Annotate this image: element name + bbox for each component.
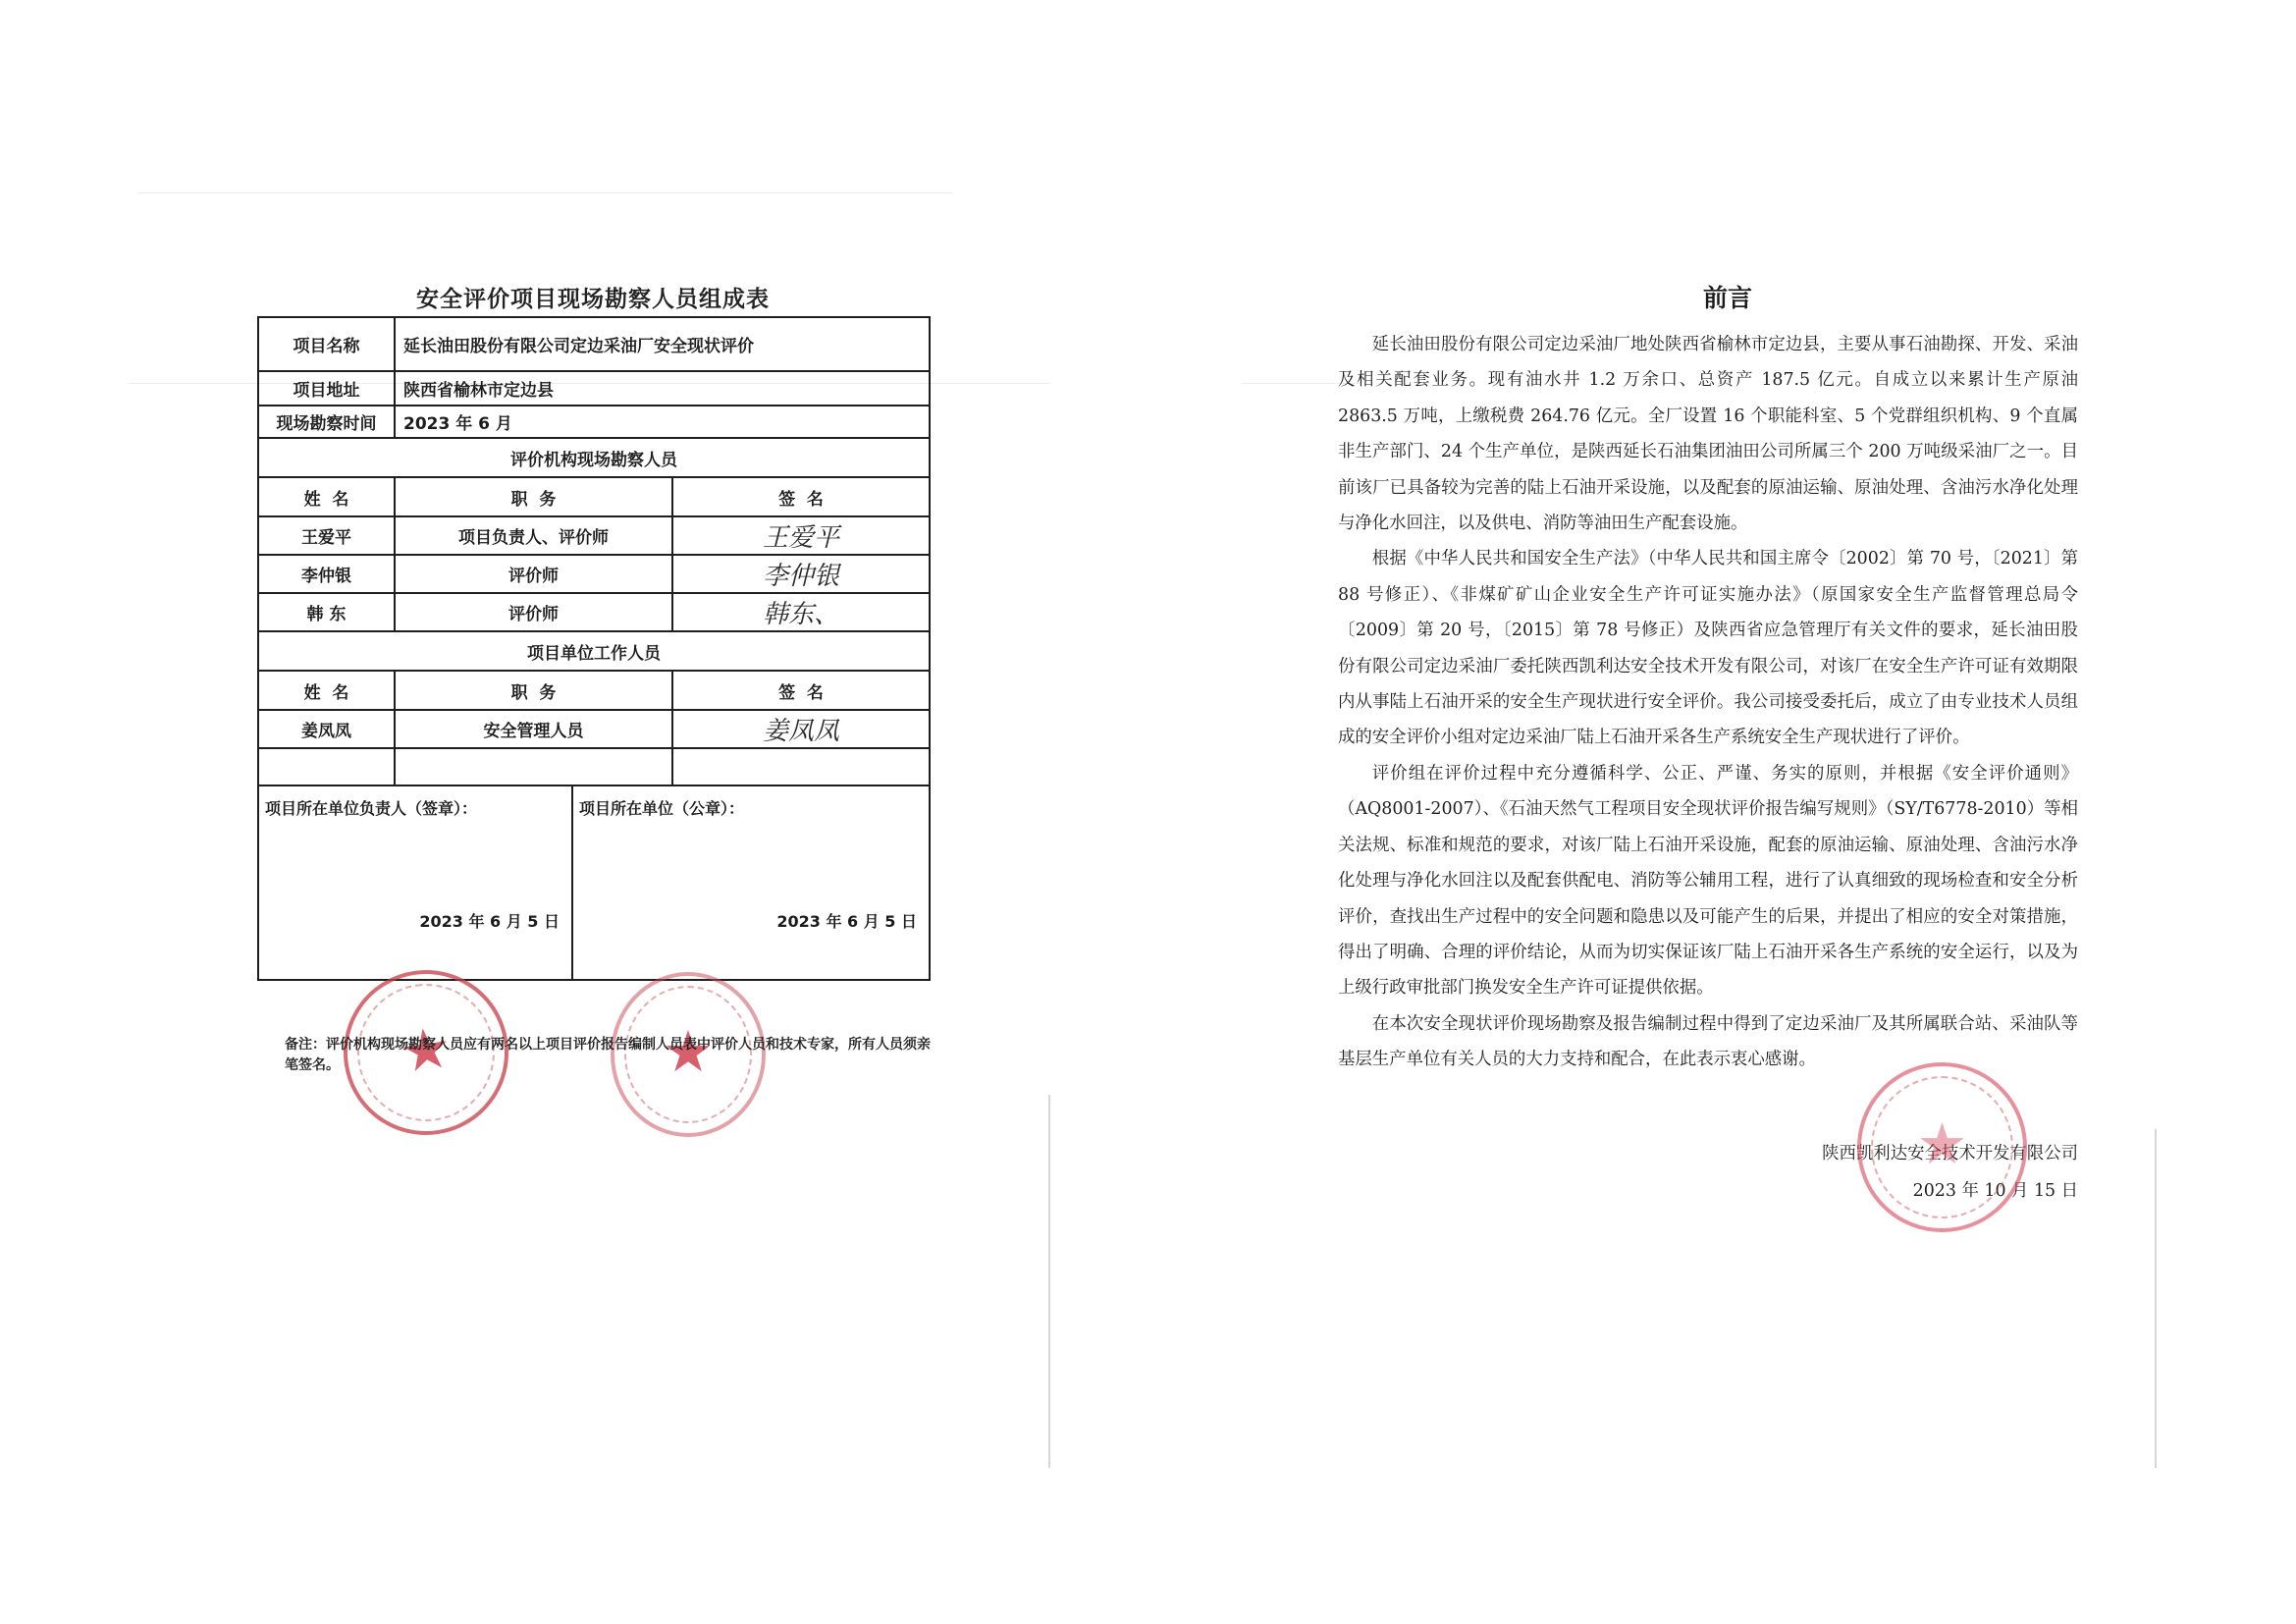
preface-paragraph: 评价组在评价过程中充分遵循科学、公正、严谨、务实的原则，并根据《安全评价通则》（… (1338, 756, 2078, 1006)
header-signature: 签 名 (672, 477, 930, 516)
person-role: 安全管理人员 (395, 710, 672, 748)
header-name: 姓 名 (258, 477, 395, 516)
header-role: 职 务 (395, 477, 672, 516)
unit-section-title: 项目单位工作人员 (258, 631, 930, 671)
preface-body: 延长油田股份有限公司定边采油厂地处陕西省榆林市定边县，主要从事石油勘探、开发、采… (1338, 327, 2078, 1078)
person-name: 王爱平 (258, 516, 395, 555)
project-name-value: 延长油田股份有限公司定边采油厂安全现状评价 (395, 317, 930, 371)
scan-artifact-line (137, 192, 952, 193)
handwritten-signature: 李仲银 (672, 555, 930, 593)
unit-header-row: 姓 名 职 务 签 名 (258, 671, 930, 710)
table-row: 姜凤凤 安全管理人员 姜凤凤 (258, 710, 930, 748)
person-name: 李仲银 (258, 555, 395, 593)
table-row: 王爱平 项目负责人、评价师 王爱平 (258, 516, 930, 555)
preface-paragraph: 在本次安全现状评价现场勘察及报告编制过程中得到了定边采油厂及其所属联合站、采油队… (1338, 1006, 2078, 1078)
unit-leader-sign-label: 项目所在单位负责人（签章）： (265, 799, 477, 818)
project-name-row: 项目名称 延长油田股份有限公司定边采油厂安全现状评价 (258, 317, 930, 371)
table-row-empty (258, 748, 930, 785)
form-title: 安全评价项目现场勘察人员组成表 (257, 281, 929, 313)
page-edge-right (2155, 1129, 2157, 1468)
personnel-table: 项目名称 延长油田股份有限公司定边采油厂安全现状评价 项目地址 陕西省榆林市定边… (257, 316, 931, 981)
unit-leader-sign-cell: 项目所在单位负责人（签章）： 2023 年 6 月 5 日 (259, 786, 573, 979)
handwritten-signature (672, 748, 930, 785)
header-role: 职 务 (395, 671, 672, 710)
person-name: 韩 东 (258, 593, 395, 631)
person-name (258, 748, 395, 785)
preface-paragraph: 延长油田股份有限公司定边采油厂地处陕西省榆林市定边县，主要从事石油勘探、开发、采… (1338, 327, 2078, 541)
evaluator-header-row: 姓 名 职 务 签 名 (258, 477, 930, 516)
company-name: 陕西凯利达安全技术开发有限公司 (1685, 1139, 2078, 1164)
project-address-row: 项目地址 陕西省榆林市定边县 (258, 371, 930, 406)
preface-paragraph: 根据《中华人民共和国安全生产法》（中华人民共和国主席令〔2002〕第 70 号，… (1338, 541, 2078, 755)
unit-section-row: 项目单位工作人员 (258, 631, 930, 671)
unit-seal-date: 2023 年 6 月 5 日 (776, 909, 917, 932)
person-name: 姜凤凤 (258, 710, 395, 748)
person-role: 评价师 (395, 555, 672, 593)
survey-time-label: 现场勘察时间 (258, 406, 395, 438)
handwritten-signature: 王爱平 (672, 516, 930, 555)
table-row: 李仲银 评价师 李仲银 (258, 555, 930, 593)
person-role (395, 748, 672, 785)
preface-title: 前言 (1355, 279, 2101, 314)
project-address-label: 项目地址 (258, 371, 395, 406)
person-role: 评价师 (395, 593, 672, 631)
project-address-value: 陕西省榆林市定边县 (395, 371, 930, 406)
header-name: 姓 名 (258, 671, 395, 710)
preface-date: 2023 年 10 月 15 日 (1685, 1176, 2078, 1201)
unit-seal-cell: 项目所在单位（公章）： 2023 年 6 月 5 日 (573, 786, 929, 979)
person-role: 项目负责人、评价师 (395, 516, 672, 555)
sign-block-row: 项目所在单位负责人（签章）： 2023 年 6 月 5 日 项目所在单位（公章）… (258, 785, 930, 980)
unit-seal-label: 项目所在单位（公章）： (579, 799, 744, 818)
page-edge-left (1048, 1095, 1050, 1468)
table-row: 韩 东 评价师 韩东、 (258, 593, 930, 631)
handwritten-signature: 姜凤凤 (672, 710, 930, 748)
unit-leader-sign-date: 2023 年 6 月 5 日 (419, 909, 560, 932)
evaluator-section-title: 评价机构现场勘察人员 (258, 438, 930, 477)
handwritten-signature: 韩东、 (672, 593, 930, 631)
survey-time-row: 现场勘察时间 2023 年 6 月 (258, 406, 930, 438)
survey-time-value: 2023 年 6 月 (395, 406, 930, 438)
form-note: 备注：评价机构现场勘察人员应有两名以上项目评价报告编制人员表中评价人员和技术专家… (285, 1035, 933, 1076)
header-signature: 签 名 (672, 671, 930, 710)
evaluator-section-row: 评价机构现场勘察人员 (258, 438, 930, 477)
project-name-label: 项目名称 (258, 317, 395, 371)
